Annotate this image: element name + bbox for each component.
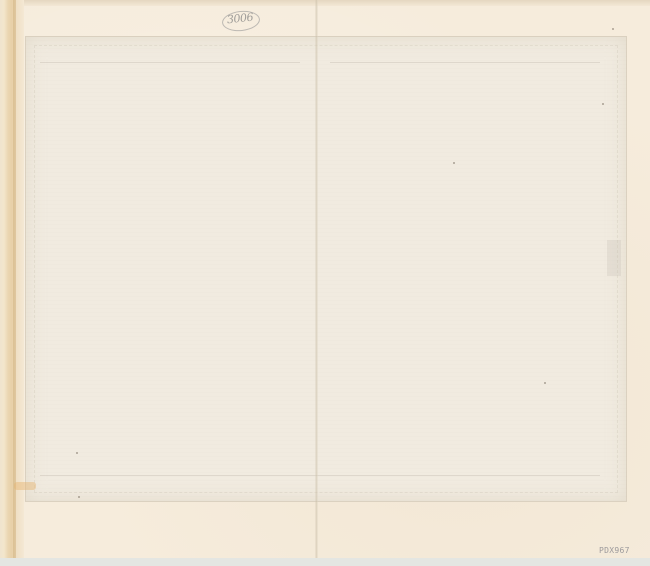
left-strip-shadow bbox=[13, 0, 16, 558]
paper-speck bbox=[453, 162, 455, 164]
map-verso-sheet: 3006 PDX967 bbox=[0, 0, 650, 566]
top-paper-edge bbox=[0, 0, 650, 6]
plate-inner-border bbox=[34, 45, 618, 493]
corner-stain bbox=[14, 482, 36, 490]
show-through-line bbox=[40, 62, 300, 63]
paper-speck bbox=[78, 496, 80, 498]
inventory-code: PDX967 bbox=[599, 546, 630, 555]
paper-speck bbox=[602, 103, 604, 105]
scanner-background-edge bbox=[0, 558, 650, 566]
show-through-line bbox=[330, 62, 600, 63]
right-smudge bbox=[607, 240, 621, 276]
plate-mark-area bbox=[25, 36, 627, 502]
show-through-line bbox=[40, 475, 600, 476]
paper-speck bbox=[76, 452, 78, 454]
left-hinge-strip bbox=[0, 0, 24, 558]
center-fold bbox=[315, 0, 318, 558]
paper-speck bbox=[544, 382, 546, 384]
paper-speck bbox=[612, 28, 614, 30]
